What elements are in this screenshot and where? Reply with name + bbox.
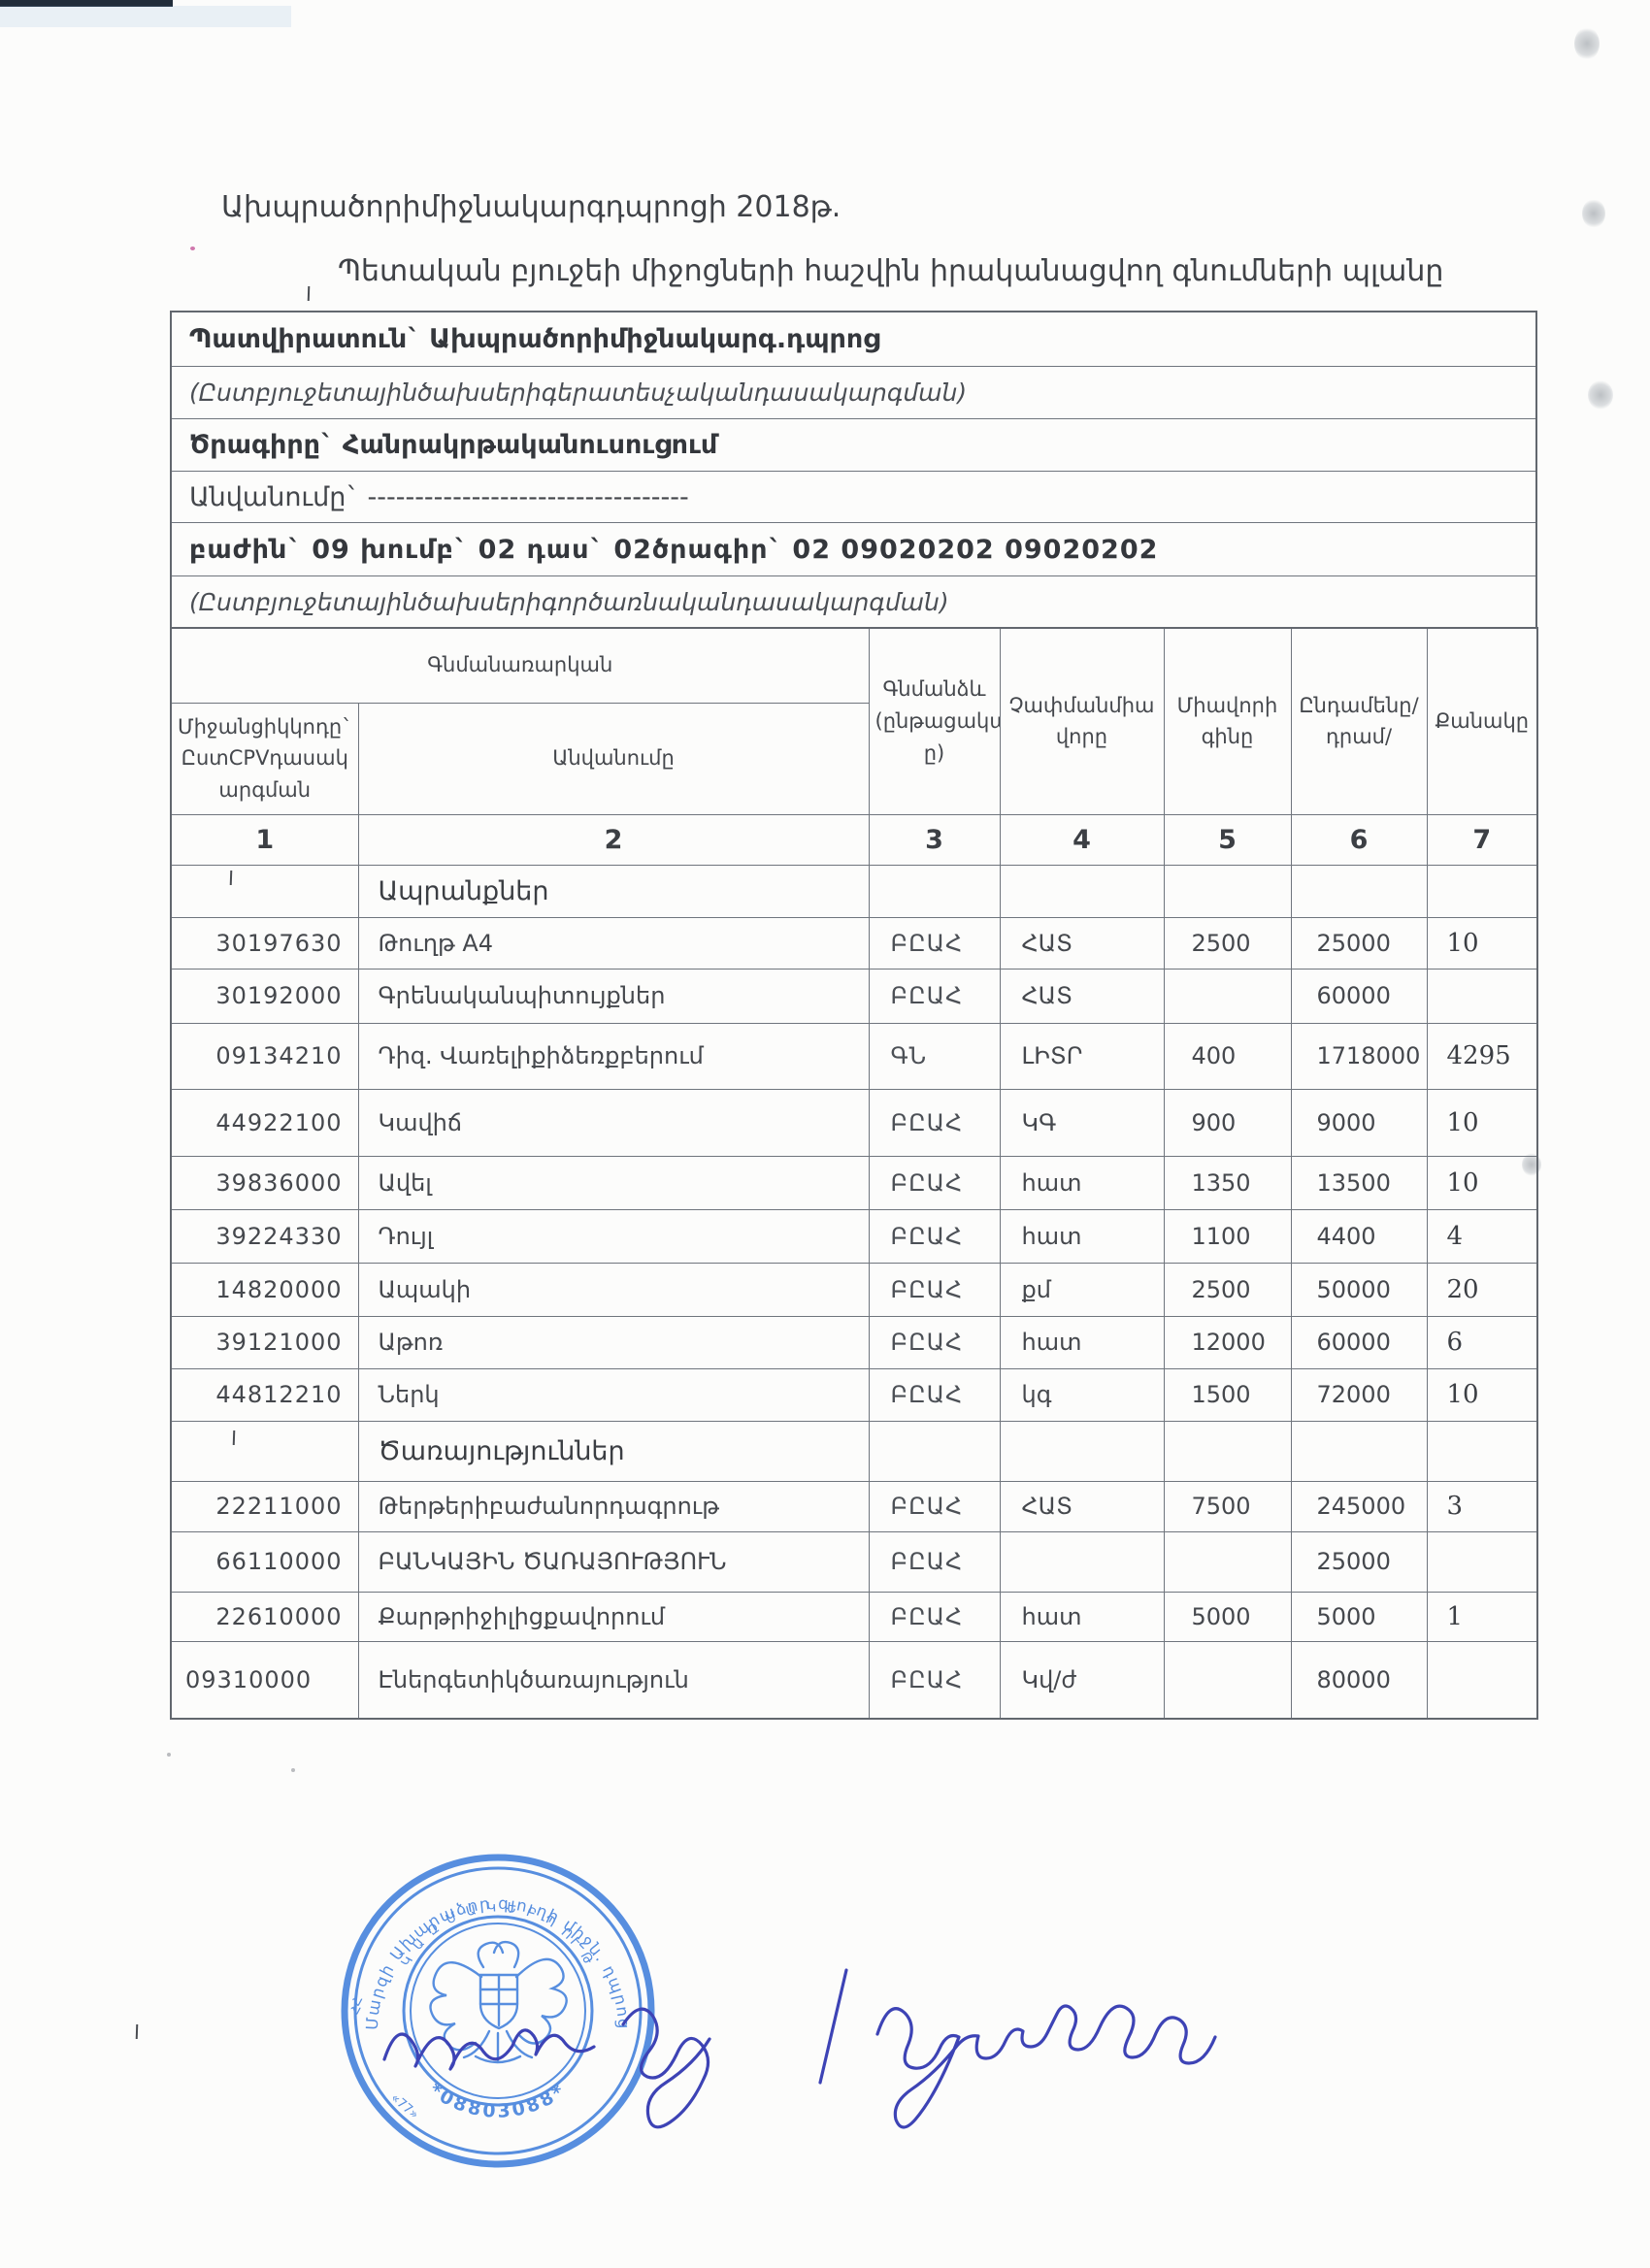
stamp-side-left: ՀՀ: [348, 1996, 366, 2017]
cell-cpv-code: 39836000: [171, 1156, 358, 1209]
document-title-line2: Պետական բյուջեի միջոցների հաշվին իրականա…: [338, 254, 1443, 288]
cell-procurement-method: ԲԸԱՀ: [869, 1316, 1000, 1368]
table-row: 30192000 Գրենականպիտույքներ ԲԸԱՀ ՀԱՏ 600…: [171, 969, 1537, 1023]
cell-unit-price: 5000: [1164, 1592, 1291, 1641]
cell-unit: հատ: [1000, 1209, 1164, 1263]
cell-unit: ԼԻՏՐ: [1000, 1023, 1164, 1089]
table-row: 22211000 Թերթերիբաժանորդագրութ ԲԸԱՀ ՀԱՏ …: [171, 1481, 1537, 1531]
cell-unit: ՀԱՏ: [1000, 1481, 1164, 1531]
table-section-row: Ապրանքներ: [171, 865, 1537, 917]
cell-empty: [1291, 865, 1427, 917]
cell-empty: [1291, 1421, 1427, 1481]
table-section-row: Ծառայություններ: [171, 1421, 1537, 1481]
cell-unit: հատ: [1000, 1156, 1164, 1209]
cell-quantity: 6: [1427, 1316, 1537, 1368]
cell-procurement-method: ԲԸԱՀ: [869, 969, 1000, 1023]
cell-empty: [1164, 865, 1291, 917]
header-name: Անվանումը: [358, 703, 869, 814]
cell-item-name: Ապակի: [358, 1263, 869, 1316]
table-header: Գնմանառարկան Գնմանձև (ընթացակարգ ը) Չափմ…: [171, 628, 1537, 865]
cell-cpv-code: 30192000: [171, 969, 358, 1023]
cell-unit-price: [1164, 1641, 1291, 1719]
cell-item-name: Թուղթ A4: [358, 917, 869, 969]
column-number: 3: [869, 814, 1000, 865]
cell-unit: [1000, 1531, 1164, 1592]
table-row: 39121000 Աթոռ ԲԸԱՀ հատ 12000 60000 6: [171, 1316, 1537, 1368]
column-number: 2: [358, 814, 869, 865]
table-row: 44922100 Կավիճ ԲԸԱՀ ԿԳ 900 9000 10: [171, 1089, 1537, 1156]
official-stamp: Մարզի Ախպրաձոր գյուղի միջն. դպրոց Կ Ա Զ …: [336, 1849, 660, 2173]
cell-unit-price: [1164, 1531, 1291, 1592]
cell-procurement-method: ԲԸԱՀ: [869, 1481, 1000, 1531]
cell-total: 13500: [1291, 1156, 1427, 1209]
cell-unit-price: 2500: [1164, 917, 1291, 969]
cell-empty: [1000, 865, 1164, 917]
cell-item-name: Գրենականպիտույքներ: [358, 969, 869, 1023]
cell-cpv-code: 44812210: [171, 1368, 358, 1421]
header-code: Միջանցիկկոդը` ԸստCPVդասակ արգման: [171, 703, 358, 814]
cell-procurement-method: ԲԸԱՀ: [869, 917, 1000, 969]
cell-item-name: Ավել: [358, 1156, 869, 1209]
cell-cpv-code: 14820000: [171, 1263, 358, 1316]
cell-procurement-method: ԲԸԱՀ: [869, 1209, 1000, 1263]
cell-total: 72000: [1291, 1368, 1427, 1421]
cell-quantity: [1427, 969, 1537, 1023]
cell-item-name: Դույլ: [358, 1209, 869, 1263]
cell-unit: ՀԱՏ: [1000, 917, 1164, 969]
cell-empty: [171, 1421, 358, 1481]
table-row: 39836000 Ավել ԲԸԱՀ հատ 1350 13500 10: [171, 1156, 1537, 1209]
table-row: 22610000 Քարթրիջիլիցքավորում ԲԸԱՀ հատ 50…: [171, 1592, 1537, 1641]
cell-unit-price: 1500: [1164, 1368, 1291, 1421]
cell-unit-price: 2500: [1164, 1263, 1291, 1316]
cell-total: 25000: [1291, 917, 1427, 969]
scan-red-dot: [190, 247, 195, 250]
cell-cpv-code: 39224330: [171, 1209, 358, 1263]
table-body: Ապրանքներ 30197630 Թուղթ A4 ԲԸԱՀ ՀԱՏ 250…: [171, 865, 1537, 1719]
column-number-row: 1 2 3 4 5 6 7: [171, 814, 1537, 865]
cell-total: 60000: [1291, 969, 1427, 1023]
info-departmental-note: (Ըստբյուջետայինծախսերիգերատեսչականդասակա…: [172, 367, 1535, 419]
info-name-line: Անվանումը` -----------------------------…: [172, 472, 1535, 523]
cell-unit: ԿԳ: [1000, 1089, 1164, 1156]
cell-procurement-method: ԲԸԱՀ: [869, 1641, 1000, 1719]
cell-cpv-code: 44922100: [171, 1089, 358, 1156]
cell-unit-price: 900: [1164, 1089, 1291, 1156]
table-row: 39224330 Դույլ ԲԸԱՀ հատ 1100 4400 4: [171, 1209, 1537, 1263]
cell-quantity: 10: [1427, 917, 1537, 969]
cell-item-name: Քարթրիջիլիցքավորում: [358, 1592, 869, 1641]
cell-total: 4400: [1291, 1209, 1427, 1263]
cell-procurement-method: ԲԸԱՀ: [869, 1531, 1000, 1592]
cell-quantity: [1427, 1531, 1537, 1592]
cell-item-name: Թերթերիբաժանորդագրութ: [358, 1481, 869, 1531]
cell-quantity: 1: [1427, 1592, 1537, 1641]
scan-speckle: [1588, 380, 1613, 410]
cell-total: 50000: [1291, 1263, 1427, 1316]
cell-procurement-method: ԲԸԱՀ: [869, 1089, 1000, 1156]
info-budget-line: բաժին` 09 խումբ` 02 դաս` 02ծրագիր` 02 09…: [172, 523, 1535, 576]
cell-total: 1718000: [1291, 1023, 1427, 1089]
scan-speckle: [1582, 199, 1605, 228]
column-number: 1: [171, 814, 358, 865]
cell-cpv-code: 09310000: [171, 1641, 358, 1719]
cell-quantity: 10: [1427, 1089, 1537, 1156]
cell-quantity: 3: [1427, 1481, 1537, 1531]
scan-dot: [167, 1753, 171, 1757]
header-unit: Չափմանմիա վորը: [1000, 628, 1164, 814]
table-row: 30197630 Թուղթ A4 ԲԸԱՀ ՀԱՏ 2500 25000 10: [171, 917, 1537, 969]
cell-quantity: 4: [1427, 1209, 1537, 1263]
section-title: Ծառայություններ: [358, 1421, 869, 1481]
cell-empty: [869, 1421, 1000, 1481]
table-row: 09134210 Դիզ. Վառելիքիձեռքբերում ԳՆ ԼԻՏՐ…: [171, 1023, 1537, 1089]
cell-unit: քմ: [1000, 1263, 1164, 1316]
document-title-line1: Ախպրածորիմիջնակարգդպրոցի 2018թ.: [221, 190, 841, 224]
stamp-coat-of-arms: [430, 1942, 566, 2062]
header-method: Գնմանձև (ընթացակարգ ը): [869, 628, 1000, 814]
cell-total: 9000: [1291, 1089, 1427, 1156]
cell-total: 5000: [1291, 1592, 1427, 1641]
cell-unit: հատ: [1000, 1592, 1164, 1641]
cell-total: 60000: [1291, 1316, 1427, 1368]
cell-unit-price: 400: [1164, 1023, 1291, 1089]
cell-total: 25000: [1291, 1531, 1427, 1592]
header-group-subject: Գնմանառարկան: [171, 628, 869, 703]
table-row: 66110000 ԲԱՆԿԱՅԻՆ ԾԱՌԱՅՈՒԹՅՈՒՆ ԲԸԱՀ 2500…: [171, 1531, 1537, 1592]
cell-cpv-code: 39121000: [171, 1316, 358, 1368]
scan-dot: [291, 1768, 295, 1772]
section-title: Ապրանքներ: [358, 865, 869, 917]
cell-unit: ՀԱՏ: [1000, 969, 1164, 1023]
cell-unit-price: [1164, 969, 1291, 1023]
table-row: 09310000 Էներգետիկծառայություն ԲԸԱՀ Կվ/ժ…: [171, 1641, 1537, 1719]
cell-cpv-code: 09134210: [171, 1023, 358, 1089]
cell-unit: կգ: [1000, 1368, 1164, 1421]
cell-procurement-method: ԳՆ: [869, 1023, 1000, 1089]
cell-quantity: 10: [1427, 1368, 1537, 1421]
procurement-table: Գնմանառարկան Գնմանձև (ընթացակարգ ը) Չափմ…: [170, 627, 1538, 1720]
cell-empty: [1164, 1421, 1291, 1481]
cell-empty: [869, 865, 1000, 917]
pen-tick-mark: [136, 2024, 139, 2039]
cell-empty: [1000, 1421, 1164, 1481]
info-functional-note: (Ըստբյուջետայինծախսերիգործառնականդասակար…: [172, 576, 1535, 629]
cell-unit: Կվ/ժ: [1000, 1641, 1164, 1719]
cell-item-name: ԲԱՆԿԱՅԻՆ ԾԱՌԱՅՈՒԹՅՈՒՆ: [358, 1531, 869, 1592]
scan-tint-artifact: [0, 6, 291, 27]
cell-quantity: 20: [1427, 1263, 1537, 1316]
cell-unit-price: 7500: [1164, 1481, 1291, 1531]
signature-right-slash: [820, 1970, 846, 2083]
header-quantity: Քանակը: [1427, 628, 1537, 814]
signature-right-handwriting: [877, 2006, 1215, 2127]
cell-unit-price: 1100: [1164, 1209, 1291, 1263]
cell-quantity: [1427, 1641, 1537, 1719]
cell-procurement-method: ԲԸԱՀ: [869, 1368, 1000, 1421]
cell-item-name: Ներկ: [358, 1368, 869, 1421]
cell-unit-price: 1350: [1164, 1156, 1291, 1209]
cell-quantity: 4295: [1427, 1023, 1537, 1089]
cell-cpv-code: 66110000: [171, 1531, 358, 1592]
procurement-info-box: Պատվիրատուն` Ախպրածորիմիջնակարգ.դպրոց (Ը…: [170, 311, 1537, 629]
info-customer: Պատվիրատուն` Ախպրածորիմիջնակարգ.դպրոց: [172, 312, 1535, 367]
cell-item-name: Կավիճ: [358, 1089, 869, 1156]
column-number: 7: [1427, 814, 1537, 865]
cell-unit: հատ: [1000, 1316, 1164, 1368]
cell-cpv-code: 30197630: [171, 917, 358, 969]
cell-procurement-method: ԲԸԱՀ: [869, 1592, 1000, 1641]
info-program: Ծրագիրը` Հանրակրթականուսուցում: [172, 419, 1535, 472]
cell-empty: [1427, 865, 1537, 917]
stamp-number: *08803088*: [425, 2079, 571, 2122]
header-total: Ընդամենը/ դրամ/: [1291, 628, 1427, 814]
column-number: 4: [1000, 814, 1164, 865]
cell-item-name: Էներգետիկծառայություն: [358, 1641, 869, 1719]
cell-procurement-method: ԲԸԱՀ: [869, 1156, 1000, 1209]
cell-cpv-code: 22211000: [171, 1481, 358, 1531]
cell-total: 80000: [1291, 1641, 1427, 1719]
cell-unit-price: 12000: [1164, 1316, 1291, 1368]
cell-item-name: Աթոռ: [358, 1316, 869, 1368]
scan-speckle: [1574, 27, 1600, 60]
cell-total: 245000: [1291, 1481, 1427, 1531]
column-number: 6: [1291, 814, 1427, 865]
header-unit-price: Միավորի գինը: [1164, 628, 1291, 814]
cell-item-name: Դիզ. Վառելիքիձեռքբերում: [358, 1023, 869, 1089]
scanned-document-page: Ախպրածորիմիջնակարգդպրոցի 2018թ. Պետական …: [0, 0, 1650, 2268]
cell-quantity: 10: [1427, 1156, 1537, 1209]
cell-empty: [1427, 1421, 1537, 1481]
column-number: 5: [1164, 814, 1291, 865]
cell-procurement-method: ԲԸԱՀ: [869, 1263, 1000, 1316]
cell-cpv-code: 22610000: [171, 1592, 358, 1641]
table-row: 44812210 Ներկ ԲԸԱՀ կգ 1500 72000 10: [171, 1368, 1537, 1421]
pen-tick-mark: [308, 286, 311, 301]
cell-empty: [171, 865, 358, 917]
table-row: 14820000 Ապակի ԲԸԱՀ քմ 2500 50000 20: [171, 1263, 1537, 1316]
